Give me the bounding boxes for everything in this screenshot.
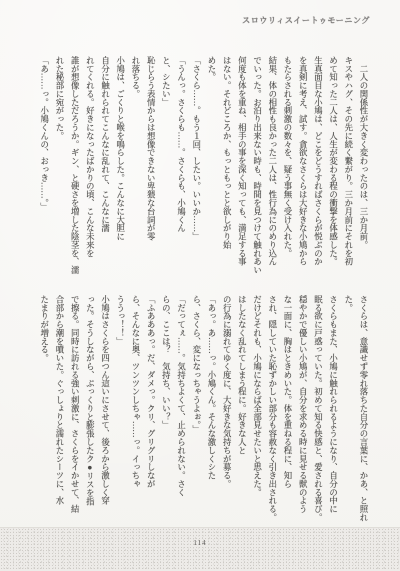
text-column: 結果、体の相性も良かった二人は、性行為にのめり込ん <box>265 56 280 275</box>
text-column: で擦る。同時に訪れる強い刺激に、さくらをイかせて、結 <box>67 295 82 526</box>
text-column: れ落ちる。 <box>128 56 143 275</box>
text-column: 「あ……っ。小鳩くんの、おっき……。」 <box>37 56 52 275</box>
text-column: と、シたい」 <box>158 56 173 275</box>
scanned-novel-page: スロウリィスイートゥモーニング 二人の関係性が大きく変わったのは、三か月前。 キ… <box>0 0 400 571</box>
text-column: 生真面目な小鳩は、どこをどうすればさくらが悦ぶのか <box>310 56 325 275</box>
text-column: さくらもまた、小鳩に触れられるようになり、自分の中に <box>325 295 340 526</box>
text-column: 自分に触れられてこんなに乱れて、こんなに濡 <box>97 56 112 275</box>
text-column: 「あっ。あ……っ。小鳩くん。そんな激しくシた <box>204 295 219 526</box>
page-number: 114 <box>0 539 400 547</box>
text-block-top: 二人の関係性が大きく変わったのは、三か月前。 キスやハグ、その先に続く繋がり。三… <box>37 56 371 275</box>
text-column: 合部から潮を噴いた。ぐっしょりと濡れたシーツに、水 <box>52 295 67 526</box>
text-column: 小鳩はさくらを四つん這いにさせて、後ろから激しく穿 <box>97 295 112 526</box>
text-column: 誰が想像しただろうか。ギン、と硬さを増した陰茎を、濡 <box>67 56 82 275</box>
text-column: 「さくら……。もう１回、したい。いいか……」 <box>189 56 204 275</box>
text-column: ら、さくら、変になっちゃうよぉ。」 <box>189 295 204 526</box>
text-column: ら、そんなに奥、ツンツンしちゃ……っ。イっちゃ <box>128 295 143 526</box>
text-column: れた秘部に宛がった。 <box>52 56 67 275</box>
text-column: めて知った二人は、人生が変わる程の衝撃を体感した。 <box>325 56 340 275</box>
text-column: 「ふあああっ。だ、ダメっ。クリ、グリグリしなが <box>143 295 158 526</box>
text-column: な一面に、胸はときめいた。体を重ねる程に、知ら <box>280 295 295 526</box>
text-column: もたらされる刺激の数々を、疑う事無く受け入れた。 <box>280 56 295 275</box>
text-column: 「うんっ。さくらも……。さくらも、小鳩くん <box>173 56 188 275</box>
text-column: でいった。お泊り出来ない時も、時間を見つけて触れあい <box>249 56 264 275</box>
text-column: 恥じらう表情からは想像できない卑猥な台詞が零 <box>143 56 158 275</box>
text-column: らの、ここは？ 気持ち、いい？」 <box>158 295 173 526</box>
text-column: を真剣に考え、試す。貪欲なさくらは大好きな小鳩から <box>295 56 310 275</box>
text-column: はしたなく乱れてしまう程に。好きな人と <box>234 295 249 526</box>
text-column: さくらは、意識せず零れ落ちた自分の言葉に、かあ、と照れ <box>356 295 371 526</box>
text-column: 穏やかで優しい小鳩が、自分を求める時に見せる獣のよう <box>295 295 310 526</box>
text-column: 何度も体を重ね、相手の事を深く知っても、満足する事 <box>234 56 249 275</box>
running-header-title: スロウリィスイートゥモーニング <box>242 15 370 26</box>
text-column: され、隠していた恥ずかしい部分も容赦なく引き出される。 <box>265 295 280 526</box>
text-block-bottom: さくらは、意識せず零れ落ちた自分の言葉に、かあ、と照れ た。 さくらもまた、小鳩… <box>37 295 371 526</box>
text-column: 小鳩は、ごくりと喉を鳴らした。こんなに大胆に <box>113 56 128 275</box>
text-column: めた。 <box>204 56 219 275</box>
text-column: れてくれる。好きになったばかりの頃、こんな未来を <box>82 56 97 275</box>
text-column: たまりが増える。 <box>37 295 52 526</box>
text-column: った。そうしながら、ぷっくりと膨張したク●リスを指 <box>82 295 97 526</box>
text-column: 二人の関係性が大きく変わったのは、三か月前。 <box>356 56 371 275</box>
text-column: た。 <box>341 295 356 526</box>
text-column: キスやハグ、その先に続く繋がり。三か月前にそれを初 <box>341 56 356 275</box>
text-column: だけどそれも、小鳩にならば全部見せたいと思えた。 <box>249 295 264 526</box>
text-column: の行為に溺れてゆく度に、大好きな気持ちが募る。 <box>219 295 234 526</box>
text-column: はない。それどころか、もっともっとと欲しがり始 <box>219 56 234 275</box>
text-column: 「だってぇ……。気持ちよくて、止められない。さく <box>173 295 188 526</box>
halftone-grain-band <box>0 527 400 571</box>
text-column: ううっ！！」 <box>113 295 128 526</box>
text-column: 眠る欲に戸惑っていた。初めて知る快感と、愛される喜び。 <box>310 295 325 526</box>
